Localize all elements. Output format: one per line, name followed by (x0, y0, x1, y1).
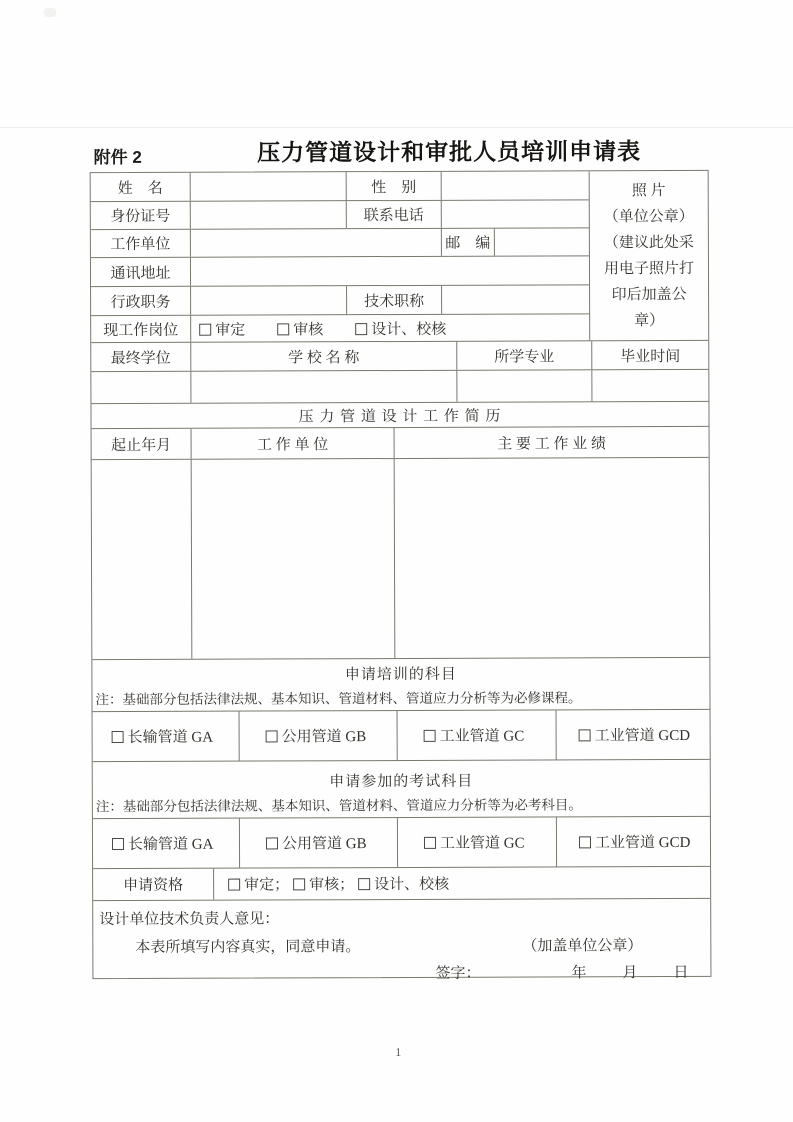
training-section-header: 申请培训的科目 注：基础部分包括法律法规、基本知识、管道材料、管道应力分析等为必… (92, 658, 709, 712)
qualification-label: 申请资格 (93, 869, 214, 900)
signature-label: 签字： (435, 962, 480, 983)
resume-achievements-cell (395, 458, 710, 658)
option-label: 公用管道 GB (282, 832, 367, 853)
option-label: 公用管道 GB (282, 725, 367, 746)
exam-option-gb: 公用管道 GB (240, 818, 398, 868)
resume-col-achievements: 主 要 工 作 业 绩 (395, 427, 709, 458)
current-post-options: 审定 审核 设计、校核 (191, 314, 589, 341)
checkbox-icon (266, 730, 278, 742)
training-note: 注：基础部分包括法律法规、基本知识、管道材料、管道应力分析等为必修课程。 (92, 684, 709, 710)
opinion-title: 设计单位技术负责人意见： (99, 906, 704, 929)
checkbox-icon (355, 323, 367, 335)
qualification-option-shending: 审定； (228, 873, 289, 894)
training-options-row: 长输管道 GA 公用管道 GB 工业管道 GC 工业管道 GCD (93, 710, 710, 762)
employer-value (191, 229, 442, 257)
grad-time-value (592, 370, 708, 401)
admin-position-label: 行政职务 (91, 287, 191, 315)
table-row: 通讯地址 (91, 256, 589, 287)
scanned-document-page: 附件 2 压力管道设计和审批人员培训申请表 姓 名 性 别 身份证号 联系电话 (0, 0, 793, 1122)
address-value (191, 256, 589, 285)
option-label: 长输管道 GA (128, 833, 213, 854)
option-label: 工业管道 GC (440, 832, 525, 853)
school-value (191, 371, 457, 403)
table-row: 姓 名 性 别 (91, 171, 589, 202)
phone-value (442, 200, 589, 228)
table-row: 身份证号 联系电话 (91, 200, 589, 230)
option-label: 设计、校核 (371, 321, 446, 337)
id-number-label: 身份证号 (91, 202, 191, 229)
title-bar: 附件 2 压力管道设计和审批人员培训申请表 (94, 140, 709, 168)
grad-time-label: 毕业时间 (592, 341, 708, 369)
resume-header-row: 压 力 管 道 设 计 工 作 简 历 (91, 402, 708, 429)
table-row: 现工作岗位 审定 审核 设计、校核 (91, 314, 589, 342)
checkbox-icon (112, 730, 124, 742)
option-label: 审定 (215, 322, 245, 338)
personal-info-rows: 姓 名 性 别 身份证号 联系电话 工作单位 邮 编 (91, 171, 590, 342)
exam-option-gcd: 工业管道 GCD (557, 817, 710, 867)
phone-label: 联系电话 (347, 201, 442, 228)
option-label: 工业管道 GC (440, 725, 525, 746)
training-title: 申请培训的科目 (92, 658, 709, 686)
employer-label: 工作单位 (91, 230, 191, 257)
resume-header: 压 力 管 道 设 计 工 作 简 历 (91, 402, 708, 428)
exam-note: 注：基础部分包括法律法规、基本知识、管道材料、管道应力分析等为必考科目。 (93, 791, 710, 817)
photo-line: （建议此处采 (604, 229, 694, 255)
major-value (457, 370, 592, 401)
attachment-label: 附件 2 (94, 143, 190, 168)
major-label: 所学专业 (457, 341, 592, 369)
date-label: 年 月 日 (571, 961, 690, 982)
postcode-value (495, 228, 589, 255)
resume-body-row (92, 458, 710, 660)
photo-line: （单位公章） (604, 203, 694, 229)
photo-line: 印后加盖公 (612, 281, 687, 307)
resume-col-period: 起止年月 (92, 429, 192, 459)
table-row: 工作单位 邮 编 (91, 228, 589, 258)
application-form-table: 姓 名 性 别 身份证号 联系电话 工作单位 邮 编 (90, 170, 712, 979)
opinion-statement: 本表所填写内容真实，同意申请。 (135, 935, 360, 957)
table-row: 行政职务 技术职称 (91, 285, 589, 316)
gender-value (442, 171, 589, 200)
education-header-row: 最终学位 学 校 名 称 所学专业 毕业时间 (91, 341, 708, 372)
exam-option-gc: 工业管道 GC (398, 817, 557, 867)
training-option-gcd: 工业管道 GCD (557, 710, 710, 760)
degree-value (91, 372, 191, 403)
training-option-gb: 公用管道 GB (240, 711, 398, 761)
resume-columns-row: 起止年月 工 作 单 位 主 要 工 作 业 绩 (92, 427, 709, 460)
opinion-statement-line: 本表所填写内容真实，同意申请。 （加盖单位公章） (99, 934, 704, 957)
checkbox-icon (293, 878, 305, 890)
exam-title: 申请参加的考试科目 (93, 760, 710, 793)
exam-option-ga: 长输管道 GA (93, 819, 240, 869)
option-label: 长输管道 GA (128, 726, 213, 747)
option-label: 审核； (309, 877, 354, 893)
name-label: 姓 名 (91, 173, 191, 201)
seal-note: （加盖单位公章） (522, 934, 642, 955)
photo-line: 照 片 (632, 178, 666, 204)
tech-title-value (442, 285, 589, 314)
degree-label: 最终学位 (91, 343, 191, 371)
tech-title-label: 技术职称 (347, 286, 442, 314)
qualification-option-sheji: 设计、校核 (358, 873, 449, 894)
resume-employer-cell (192, 459, 396, 659)
checkbox-icon (228, 879, 240, 891)
school-label: 学 校 名 称 (191, 342, 457, 371)
option-label: 工业管道 GCD (595, 724, 690, 745)
opinion-section: 设计单位技术负责人意见： 本表所填写内容真实，同意申请。 （加盖单位公章） 签字… (93, 899, 710, 978)
personal-info-section: 姓 名 性 别 身份证号 联系电话 工作单位 邮 编 (91, 171, 709, 343)
page-number: 1 (2, 1044, 793, 1062)
name-value (191, 172, 347, 201)
checkbox-icon (199, 323, 211, 335)
option-label: 审核 (293, 322, 323, 338)
checkbox-icon (112, 837, 124, 849)
qualification-options: 审定； 审核； 设计、校核 (214, 867, 710, 900)
checkbox-icon (266, 837, 278, 849)
checkbox-icon (424, 729, 436, 741)
option-label: 审定； (244, 877, 289, 893)
exam-options-row: 长输管道 GA 公用管道 GB 工业管道 GC 工业管道 GCD (93, 817, 710, 869)
current-post-option-shenhe: 审核 (277, 318, 323, 339)
address-label: 通讯地址 (91, 258, 191, 286)
option-label: 设计、校核 (374, 877, 449, 893)
exam-section-header: 申请参加的考试科目 注：基础部分包括法律法规、基本知识、管道材料、管道应力分析等… (93, 760, 710, 819)
signature-line: 签字： 年 月 日 (99, 961, 704, 984)
postcode-label: 邮 编 (442, 229, 495, 256)
photo-line: 用电子照片打 (604, 255, 694, 281)
qualification-row: 申请资格 审定； 审核； 设计、校核 (93, 867, 710, 901)
current-post-option-shending: 审定 (199, 318, 245, 339)
page-title: 压力管道设计和审批人员培训申请表 (190, 133, 709, 168)
qualification-option-shenhe: 审核； (293, 873, 354, 894)
education-value-row (91, 370, 708, 404)
photo-line: 章） (634, 308, 664, 334)
option-label: 工业管道 GCD (595, 831, 690, 852)
id-number-value (191, 201, 347, 229)
gender-label: 性 别 (347, 172, 442, 200)
checkbox-icon (579, 836, 591, 848)
checkbox-icon (424, 836, 436, 848)
resume-period-cell (92, 460, 193, 659)
current-post-option-sheji: 设计、校核 (355, 317, 446, 338)
admin-position-value (191, 286, 347, 315)
checkbox-icon (579, 729, 591, 741)
training-option-gc: 工业管道 GC (398, 710, 557, 760)
form-sheet: 附件 2 压力管道设计和审批人员培训申请表 姓 名 性 别 身份证号 联系电话 (0, 0, 793, 979)
checkbox-icon (277, 323, 289, 335)
training-option-ga: 长输管道 GA (93, 712, 240, 762)
photo-cell: 照 片 （单位公章） （建议此处采 用电子照片打 印后加盖公 章） (589, 171, 709, 340)
current-post-label: 现工作岗位 (91, 316, 191, 342)
checkbox-icon (358, 878, 370, 890)
resume-col-employer: 工 作 单 位 (192, 428, 395, 459)
